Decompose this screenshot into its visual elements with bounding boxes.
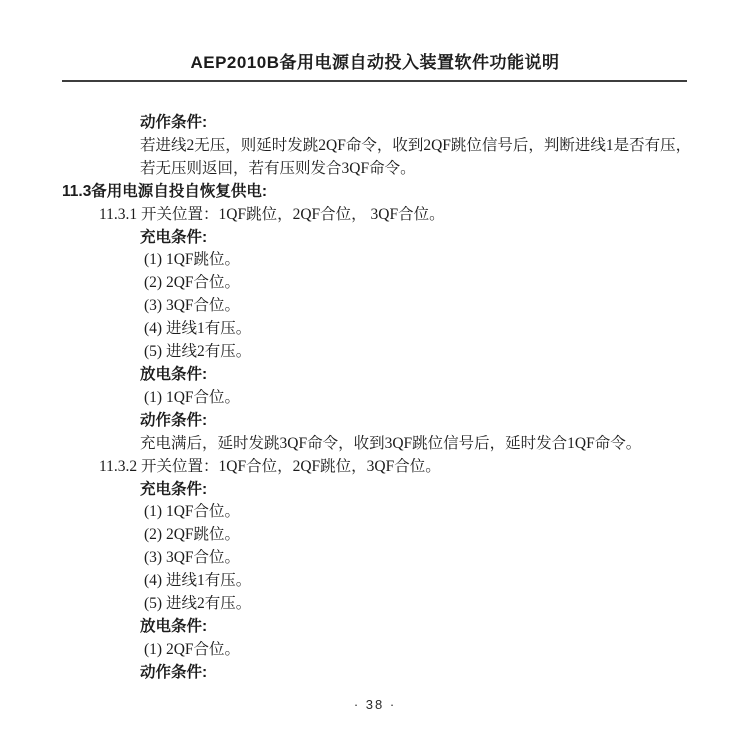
page-footer: · 38 · (0, 696, 750, 714)
text-line-body: 若无压则返回，若有压则发合3QF命令。 (0, 158, 750, 181)
page-title: AEP2010B备用电源自动投入装置软件功能说明 (190, 53, 559, 72)
text-line-subsection: 11.3.2 开关位置：1QF合位，2QF跳位，3QF合位。 (0, 456, 750, 479)
text-line-label: 放电条件: (0, 364, 750, 387)
text-line-item: (3) 3QF合位。 (0, 547, 750, 570)
text-line-label: 充电条件: (0, 227, 750, 250)
text-line-subsection: 11.3.1 开关位置：1QF跳位，2QF合位， 3QF合位。 (0, 204, 750, 227)
document-page: AEP2010B备用电源自动投入装置软件功能说明 动作条件:若进线2无压，则延时… (0, 0, 750, 754)
text-line-item: (1) 2QF合位。 (0, 639, 750, 662)
text-line-body: 若进线2无压，则延时发跳2QF命令，收到2QF跳位信号后，判断进线1是否有压， (0, 135, 750, 158)
text-line-item: (4) 进线1有压。 (0, 570, 750, 593)
text-line-item: (4) 进线1有压。 (0, 318, 750, 341)
page-header: AEP2010B备用电源自动投入装置软件功能说明 (0, 48, 750, 73)
page-number: · 38 · (354, 697, 396, 712)
text-line-item: (1) 1QF跳位。 (0, 249, 750, 272)
text-line-item: (1) 1QF合位。 (0, 501, 750, 524)
text-line-item: (2) 2QF跳位。 (0, 524, 750, 547)
text-line-item: (5) 进线2有压。 (0, 341, 750, 364)
text-line-label: 充电条件: (0, 479, 750, 502)
text-line-item: (5) 进线2有压。 (0, 593, 750, 616)
text-line-item: (3) 3QF合位。 (0, 295, 750, 318)
text-line-body: 充电满后，延时发跳3QF命令，收到3QF跳位信号后，延时发合1QF命令。 (0, 433, 750, 456)
content-lines: 动作条件:若进线2无压，则延时发跳2QF命令，收到2QF跳位信号后，判断进线1是… (0, 112, 750, 685)
text-line-label: 动作条件: (0, 112, 750, 135)
header-rule (62, 80, 687, 82)
text-line-item: (2) 2QF合位。 (0, 272, 750, 295)
text-line-label: 动作条件: (0, 662, 750, 685)
text-line-item: (1) 1QF合位。 (0, 387, 750, 410)
text-line-label: 动作条件: (0, 410, 750, 433)
text-line-section: 11.3备用电源自投自恢复供电: (0, 181, 750, 204)
text-line-label: 放电条件: (0, 616, 750, 639)
